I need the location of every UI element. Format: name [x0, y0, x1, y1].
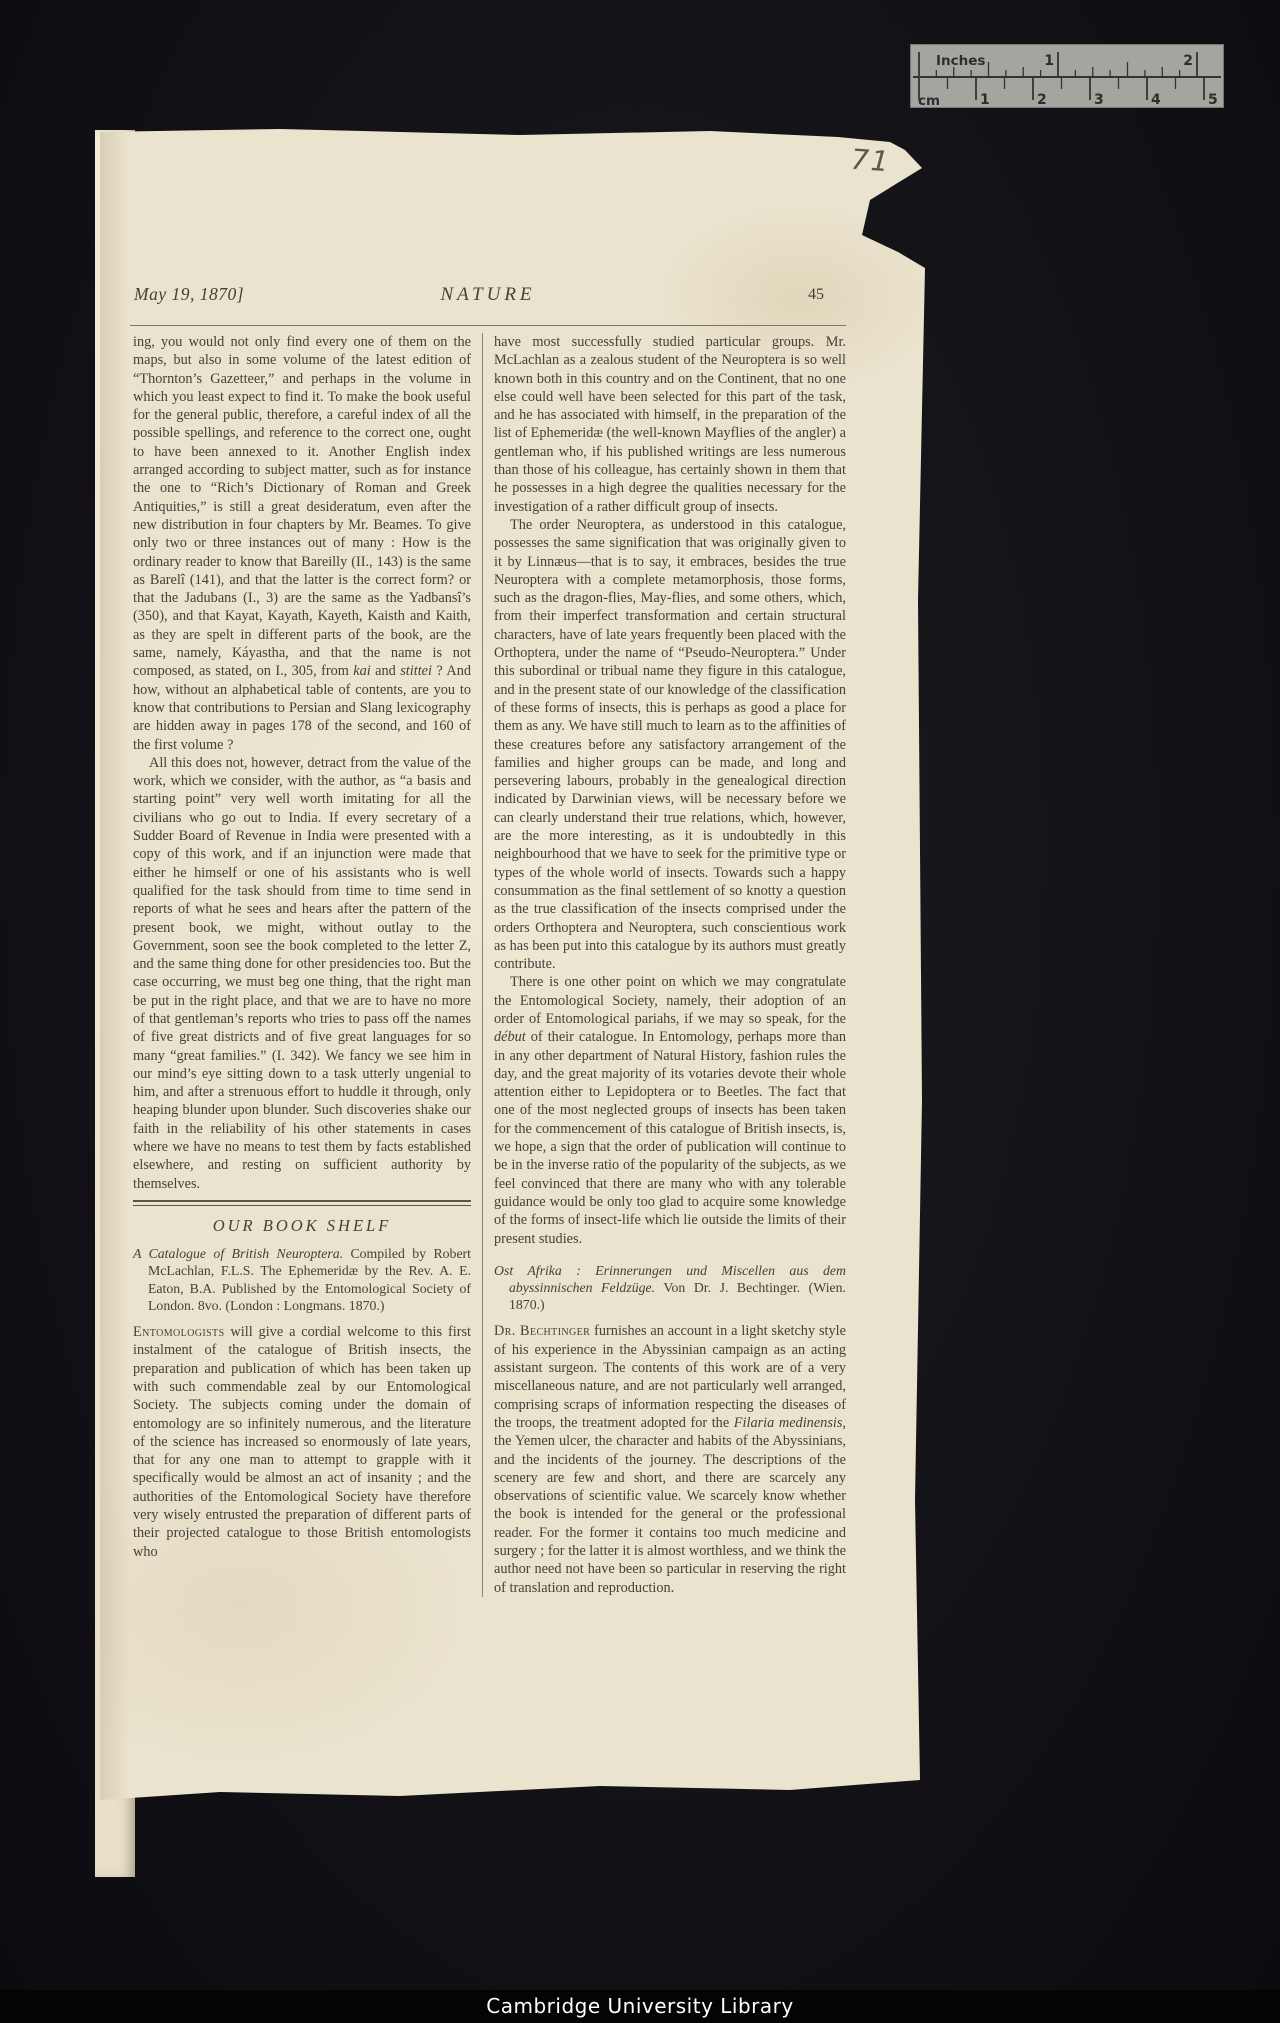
paragraph: The order Neuroptera, as understood in t… [494, 516, 846, 973]
text-area: ing, you would not only find every one o… [133, 333, 847, 1597]
journal-title: NATURE [130, 284, 846, 306]
book-citation: Ost Afrika : Erinnerungen und Miscellen … [494, 1262, 846, 1314]
ruler-number: 2 [1183, 53, 1193, 69]
page-number: 45 [808, 286, 824, 304]
section-divider-rule [133, 1200, 471, 1206]
book-citation: A Catalogue of British Neuroptera. Compi… [133, 1245, 471, 1314]
ruler-number: 4 [1151, 92, 1161, 108]
ruler-number: 1 [1044, 53, 1054, 69]
column-left: ing, you would not only find every one o… [133, 333, 471, 1597]
ruler-number: 1 [980, 92, 990, 108]
ruler-number: 2 [1037, 92, 1047, 108]
ruler-cm-label: cm [918, 93, 940, 108]
journal-page: May 19, 1870] NATURE 45 ing, you would n… [100, 128, 926, 1802]
page-header: May 19, 1870] NATURE 45 [130, 284, 846, 310]
paragraph: ing, you would not only find every one o… [133, 333, 471, 754]
paragraph: Entomologists will give a cordial welcom… [133, 1323, 471, 1561]
column-right: have most successfully studied particula… [494, 333, 846, 1597]
library-caption: Cambridge University Library [486, 1994, 793, 2018]
ruler-inches-label: Inches [936, 53, 985, 69]
section-heading: OUR BOOK SHELF [133, 1217, 471, 1235]
paragraph: have most successfully studied particula… [494, 333, 846, 516]
column-divider [482, 333, 483, 1597]
paragraph: There is one other point on which we may… [494, 973, 846, 1247]
header-rule [130, 325, 846, 326]
paragraph: Dr. Bechtinger furnishes an account in a… [494, 1322, 846, 1596]
paragraph: All this does not, however, detract from… [133, 754, 471, 1193]
ruler: Inches cm 1212345 [910, 44, 1224, 108]
ruler-svg: Inches cm 1212345 [910, 44, 1224, 108]
ruler-number: 3 [1094, 92, 1104, 108]
footer-caption-bar: Cambridge University Library [0, 1990, 1280, 2023]
ruler-number: 5 [1208, 92, 1218, 108]
handwritten-folio-number: 71 [850, 143, 892, 179]
